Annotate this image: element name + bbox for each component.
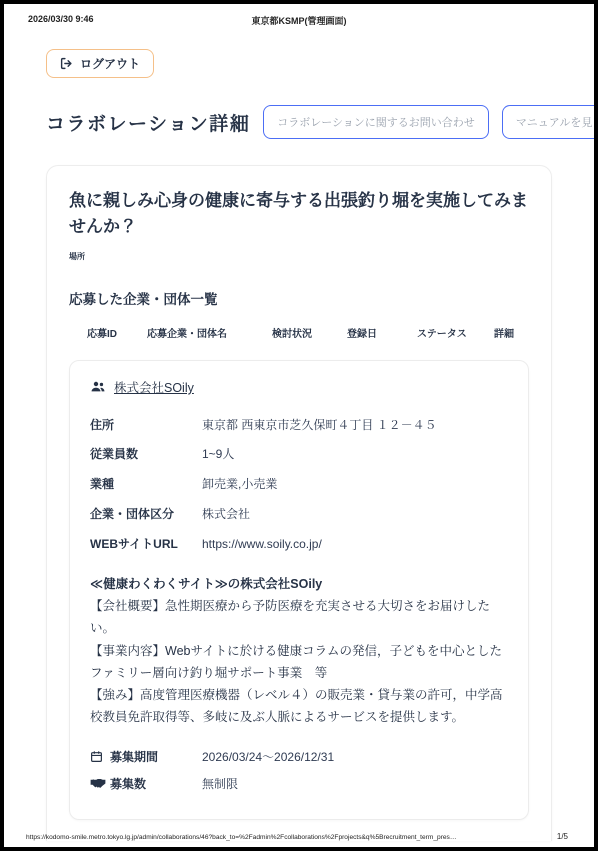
field-value: 1~9人 bbox=[202, 446, 234, 463]
project-title: 魚に親しみ心身の健康に寄与する出張釣り堀を実施してみませんか？ bbox=[69, 188, 529, 239]
print-page-number: 1/5 bbox=[557, 832, 568, 841]
company-name: 株式会社SOily bbox=[114, 378, 194, 396]
recruitment-term-label: 募集期間 bbox=[110, 748, 202, 765]
logout-icon bbox=[60, 57, 73, 70]
table-header-cell: ステータス bbox=[417, 325, 494, 340]
recruitment-term-row: 募集期間 2026/03/24～2026/12/31 bbox=[90, 743, 508, 770]
field-row: 業種 卸売業,小売業 bbox=[90, 470, 508, 500]
applicants-section-title: 応募した企業・団体一覧 bbox=[69, 288, 529, 308]
project-card: 魚に親しみ心身の健康に寄与する出張釣り堀を実施してみませんか？ 場所 応募した企… bbox=[46, 165, 552, 841]
recruitment-term-value: 2026/03/24～2026/12/31 bbox=[202, 748, 334, 765]
field-value: 東京都 西東京市芝久保町４丁目 １２－４５ bbox=[202, 417, 437, 434]
field-value: 株式会社 bbox=[202, 506, 250, 523]
field-label: 従業員数 bbox=[90, 446, 202, 463]
location-label: 場所 bbox=[69, 251, 529, 262]
recruitment-count-row: 募集数 無制限 bbox=[90, 770, 508, 797]
users-icon bbox=[90, 379, 106, 395]
field-value: https://www.soily.co.jp/ bbox=[202, 536, 322, 553]
company-description-title: ≪健康わくわくサイト≫の株式会社SOily bbox=[90, 573, 508, 595]
company-fields: 住所 東京都 西東京市芝久保町４丁目 １２－４５ 従業員数 1~9人 業種 卸売… bbox=[90, 410, 508, 559]
main-content: ログアウト コラボレーション詳細 コラボレーションに関するお問い合わせ マニュア… bbox=[4, 27, 594, 841]
company-description: ≪健康わくわくサイト≫の株式会社SOily 【会社概要】急性期医療から予防医療を… bbox=[90, 573, 508, 729]
recruitment-count-label: 募集数 bbox=[110, 775, 202, 792]
manual-button[interactable]: マニュアルを見る bbox=[502, 105, 594, 139]
recruitment-info: 募集期間 2026/03/24～2026/12/31 募集数 無制限 bbox=[90, 743, 508, 797]
field-row: 住所 東京都 西東京市芝久保町４丁目 １２－４５ bbox=[90, 410, 508, 440]
calendar-icon bbox=[90, 750, 110, 763]
table-header-cell: 応募企業・団体名 bbox=[147, 325, 272, 340]
company-link[interactable]: 株式会社SOily bbox=[90, 378, 194, 396]
company-description-line: 【事業内容】Webサイトに於ける健康コラムの発信，子どもを中心としたファミリー層… bbox=[90, 640, 508, 685]
field-value: 卸売業,小売業 bbox=[202, 476, 277, 493]
print-footer-url: https://kodomo-smile.metro.tokyo.lg.jp/a… bbox=[26, 834, 456, 841]
applicants-table-header: 応募ID 応募企業・団体名 検討状況 登録日 ステータス 詳細 bbox=[69, 325, 529, 340]
print-page: 2026/03/30 9:46 東京都KSMP(管理画面) ログアウト コラボレ… bbox=[4, 4, 594, 847]
applicant-card: 株式会社SOily 住所 東京都 西東京市芝久保町４丁目 １２－４５ 従業員数 … bbox=[69, 360, 529, 820]
recruitment-count-value: 無制限 bbox=[202, 775, 238, 792]
print-datetime: 2026/03/30 9:46 bbox=[28, 14, 94, 24]
table-header-cell: 応募ID bbox=[87, 325, 147, 340]
table-header-cell: 検討状況 bbox=[272, 325, 347, 340]
logout-button[interactable]: ログアウト bbox=[46, 49, 154, 78]
handshake-icon bbox=[90, 778, 110, 789]
company-description-line: 【会社概要】急性期医療から予防医療を充実させる大切さをお届けしたい。 bbox=[90, 595, 508, 640]
logout-label: ログアウト bbox=[80, 55, 140, 72]
contact-button[interactable]: コラボレーションに関するお問い合わせ bbox=[263, 105, 489, 139]
field-label: 企業・団体区分 bbox=[90, 506, 202, 523]
field-label: 業種 bbox=[90, 476, 202, 493]
field-label: 住所 bbox=[90, 417, 202, 434]
table-header-cell: 詳細 bbox=[494, 325, 529, 340]
field-row: 従業員数 1~9人 bbox=[90, 440, 508, 470]
page-title: コラボレーション詳細 bbox=[46, 109, 250, 136]
table-header-cell: 登録日 bbox=[347, 325, 417, 340]
field-label: WEBサイトURL bbox=[90, 536, 202, 553]
field-row: 企業・団体区分 株式会社 bbox=[90, 499, 508, 529]
field-row: WEBサイトURL https://www.soily.co.jp/ bbox=[90, 529, 508, 559]
company-description-line: 【強み】高度管理医療機器（レベル４）の販売業・貸与業の許可，中学高校教員免許取得… bbox=[90, 684, 508, 729]
page-header: コラボレーション詳細 コラボレーションに関するお問い合わせ マニュアルを見る bbox=[46, 105, 552, 139]
